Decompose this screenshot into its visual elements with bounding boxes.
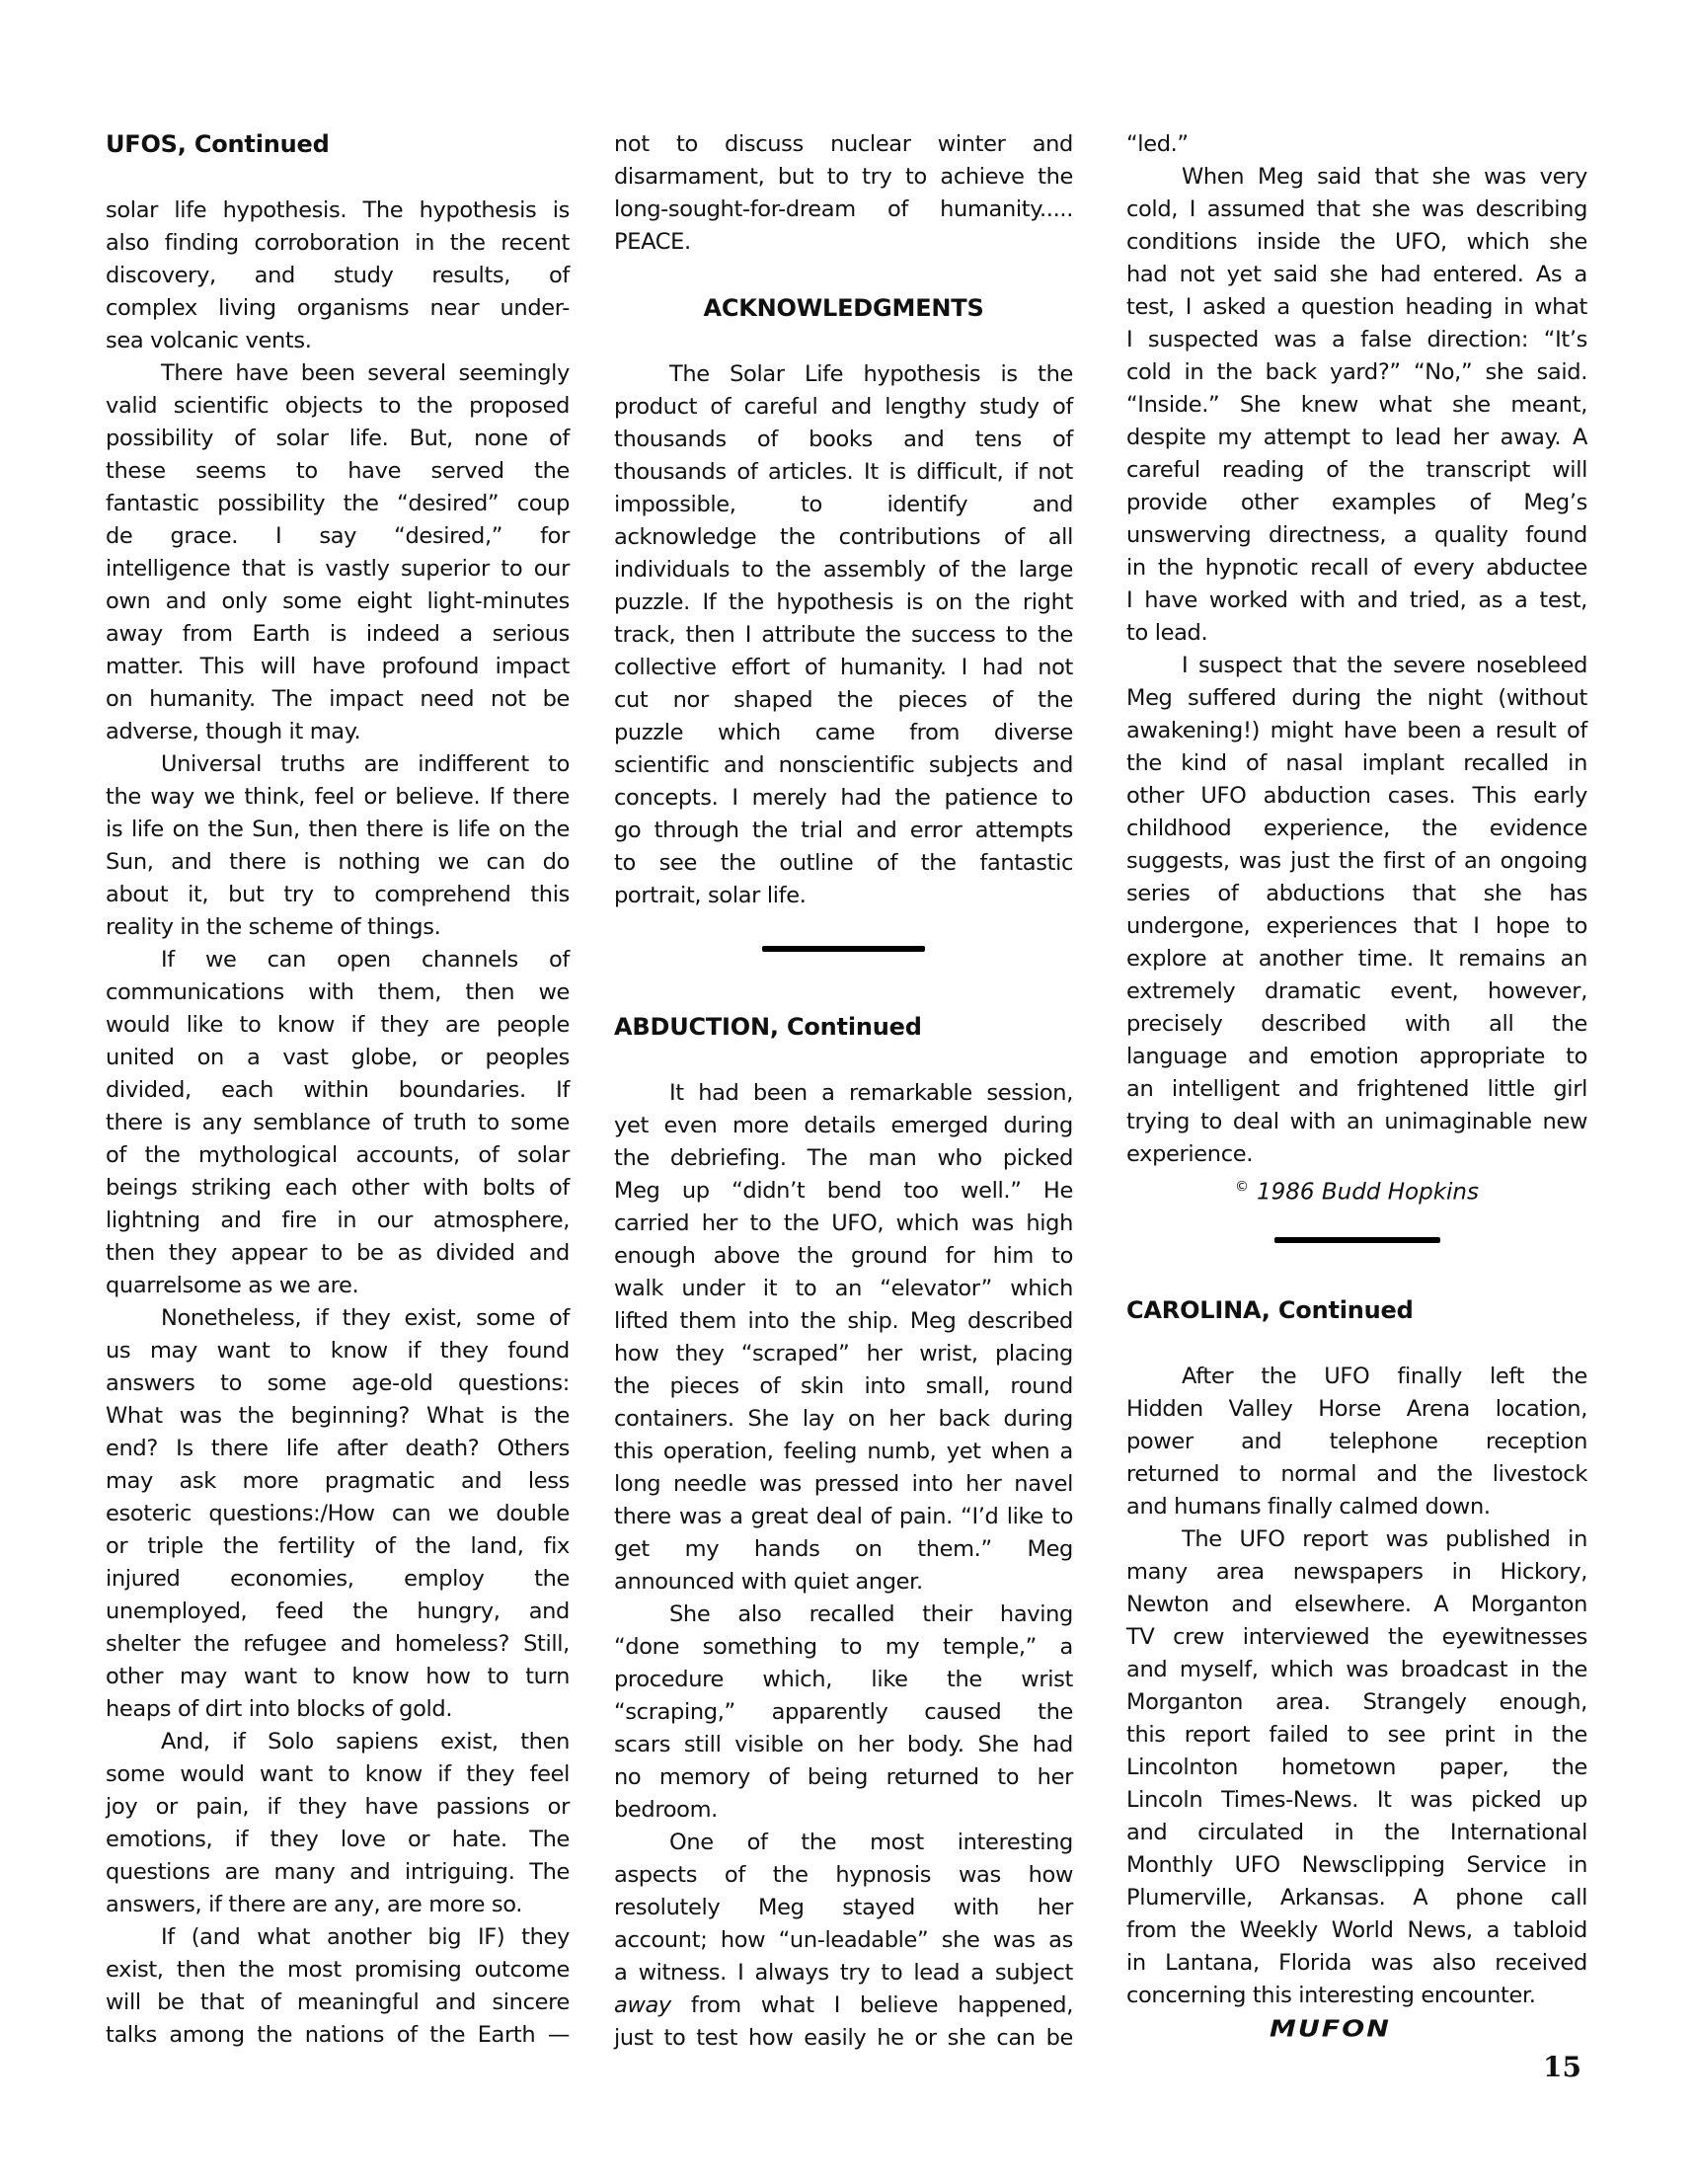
text-line: power and telephone reception [1126, 1426, 1587, 1458]
text-line: this operation, feeling numb, yet when a [614, 1436, 1073, 1468]
text-line: may ask more pragmatic and less [106, 1465, 570, 1498]
right-column: “led.”When Meg said that she was verycol… [1126, 128, 1587, 2012]
text-line: not to discuss nuclear winter and [614, 128, 1073, 161]
text-line: One of the most interesting [614, 1827, 1073, 1859]
text-line: injured economies, employ the [106, 1563, 570, 1596]
mufon-logo: MUFON [1270, 2016, 1391, 2042]
text-line: I suspect that the severe nosebleed [1126, 650, 1587, 682]
text-line: heaps of dirt into blocks of gold. [106, 1693, 570, 1726]
copyright-text: 1986 Budd Hopkins [1257, 1180, 1479, 1206]
text-line: away from what I believe happened, [614, 1989, 1073, 2022]
text-line: test, I asked a question heading in what [1126, 291, 1587, 324]
text-line: beings striking each other with bolts of [106, 1172, 570, 1205]
text-line: series of abductions that she has [1126, 878, 1587, 910]
text-line: joy or pain, if they have passions or [106, 1791, 570, 1824]
text-line: If (and what another big IF) they [106, 1921, 570, 1954]
text-line: talks among the nations of the Earth — [106, 2019, 570, 2052]
text-line: adverse, though it may. [106, 716, 570, 748]
text-line: aspects of the hypnosis was how [614, 1859, 1073, 1892]
text-line: “Inside.” She knew what she meant, [1126, 389, 1587, 422]
text-line: It had been a remarkable session, [614, 1077, 1073, 1110]
text-line: portrait, solar life. [614, 880, 1073, 912]
text-line: no memory of being returned to her [614, 1761, 1073, 1794]
text-line: matter. This will have profound impact [106, 651, 570, 683]
text-line: Universal truths are indifferent to [106, 748, 570, 781]
text-line: shelter the refugee and homeless? Still, [106, 1628, 570, 1661]
text-line: walk under it to an “elevator” which [614, 1273, 1073, 1305]
spacer [106, 161, 570, 195]
text-line: extremely dramatic event, however, [1126, 975, 1587, 1008]
text-line: from the Weekly World News, a tabloid [1126, 1914, 1587, 1947]
text-line: other may want to know how to turn [106, 1661, 570, 1693]
text-line: valid scientific objects to the proposed [106, 390, 570, 423]
text-line: esoteric questions:/How can we double [106, 1498, 570, 1530]
spacer [614, 952, 1073, 1011]
text-line: had not yet said she had entered. As a [1126, 259, 1587, 291]
text-line: away from Earth is indeed a serious [106, 618, 570, 651]
text-line: Lincolnton hometown paper, the [1126, 1752, 1587, 1784]
text-line: scars still visible on her body. She had [614, 1729, 1073, 1761]
text-line: in the hypnotic recall of every abductee [1126, 552, 1587, 585]
text-line: or triple the fertility of the land, fix [106, 1530, 570, 1563]
text-line: on humanity. The impact need not be [106, 683, 570, 716]
text-line: trying to deal with an unimaginable new [1126, 1106, 1587, 1138]
text-line: Sun, and there is nothing we can do [106, 846, 570, 879]
text-line: long needle was pressed into her navel [614, 1468, 1073, 1501]
text-line: puzzle which came from diverse [614, 717, 1073, 749]
text-line: complex living organisms near under- [106, 292, 570, 325]
emphasis-word: away [614, 1992, 671, 2018]
ufos-article-conclusion: not to discuss nuclear winter anddisarma… [614, 128, 1073, 259]
text-line: answers to some age-old questions: [106, 1367, 570, 1400]
text-line: Morganton area. Strangely enough, [1126, 1686, 1587, 1719]
text-line: childhood experience, the evidence [1126, 813, 1587, 845]
text-line: us may want to know if they found [106, 1335, 570, 1367]
spacer [1126, 1243, 1587, 1294]
text-line: to lead. [1126, 617, 1587, 650]
text-line: lifted them into the ship. Meg described [614, 1305, 1073, 1338]
text-line: intelligence that is vastly superior to … [106, 553, 570, 585]
copyright-credit: ©1986 Budd Hopkins [1126, 1171, 1587, 1204]
text-line: The UFO report was published in [1126, 1523, 1587, 1556]
text-line: product of careful and lengthy study of [614, 391, 1073, 424]
text-line: own and only some eight light-minutes [106, 585, 570, 618]
text-line: Monthly UFO Newsclipping Service in [1126, 1849, 1587, 1882]
left-column: UFOS, Continued solar life hypothesis. T… [106, 128, 570, 2052]
text-line: “led.” [1126, 128, 1587, 161]
text-line: a witness. I always try to lead a subjec… [614, 1957, 1073, 1989]
abduction-article-body: It had been a remarkable session,yet eve… [614, 1077, 1073, 2055]
text-line: communications with them, then we [106, 976, 570, 1009]
text-line: track, then I attribute the success to t… [614, 619, 1073, 652]
text-line: Lincoln Times-News. It was picked up [1126, 1784, 1587, 1817]
text-line: and humans finally calmed down. [1126, 1491, 1587, 1523]
text-line: would like to know if they are people [106, 1009, 570, 1042]
text-line: other UFO abduction cases. This early [1126, 780, 1587, 813]
middle-column: not to discuss nuclear winter anddisarma… [614, 128, 1073, 2055]
text-line: provide other examples of Meg’s [1126, 487, 1587, 519]
section-heading-abduction: ABDUCTION, Continued [614, 1011, 1073, 1044]
carolina-article-body: After the UFO finally left theHidden Val… [1126, 1361, 1587, 2012]
section-heading-acknowledgments: ACKNOWLEDGMENTS [614, 292, 1073, 325]
text-line: de grace. I say “desired,” for [106, 520, 570, 553]
text-line: precisely described with all the [1126, 1008, 1587, 1041]
text-line: end? Is there life after death? Others [106, 1433, 570, 1465]
text-line: discovery, and study results, of [106, 260, 570, 292]
text-line: reality in the scheme of things. [106, 911, 570, 944]
text-line: cut nor shaped the pieces of the [614, 684, 1073, 717]
section-heading-carolina: CAROLINA, Continued [1126, 1294, 1587, 1327]
text-line: experience. [1126, 1138, 1587, 1171]
text-line: emotions, if they love or hate. The [106, 1824, 570, 1856]
text-line: and myself, which was broadcast in the [1126, 1654, 1587, 1686]
text-line: TV crew interviewed the eyewitnesses [1126, 1621, 1587, 1654]
text-line: of the mythological accounts, of solar [106, 1139, 570, 1172]
copyright-symbol: © [1235, 1179, 1249, 1195]
text-line: scientific and nonscientific subjects an… [614, 749, 1073, 782]
text-line: containers. She lay on her back during [614, 1403, 1073, 1436]
text-line: concerning this interesting encounter. [1126, 1980, 1587, 2012]
text-line: unemployed, feed the hungry, and [106, 1596, 570, 1628]
text-line: go through the trial and error attempts [614, 815, 1073, 847]
text-line: impossible, to identify and [614, 489, 1073, 521]
page-number: 15 [1543, 2051, 1581, 2083]
text-line: I suspected was a false direction: “It’s [1126, 324, 1587, 356]
text-line: there was a great deal of pain. “I’d lik… [614, 1501, 1073, 1533]
text-line: She also recalled their having [614, 1599, 1073, 1631]
spacer [614, 259, 1073, 292]
text-line: Meg up “didn’t bend too well.” He [614, 1175, 1073, 1208]
text-line: What was the beginning? What is the [106, 1400, 570, 1433]
spacer [614, 1044, 1073, 1077]
abduction-article-continuation: “led.”When Meg said that she was verycol… [1126, 128, 1587, 1171]
spacer [1126, 1327, 1587, 1361]
text-line: cold, I assumed that she was describing [1126, 194, 1587, 226]
text-line: possibility of solar life. But, none of [106, 423, 570, 455]
text-line: also finding corroboration in the recent [106, 227, 570, 260]
text-line: Newton and elsewhere. A Morganton [1126, 1589, 1587, 1621]
section-heading-ufos: UFOS, Continued [106, 128, 570, 161]
spacer [1126, 1204, 1587, 1237]
text-line: concepts. I merely had the patience to [614, 782, 1073, 815]
text-line: Plumerville, Arkansas. A phone call [1126, 1882, 1587, 1914]
text-line-rest: from what I believe happened, [691, 1992, 1073, 2018]
text-line: careful reading of the transcript will [1126, 454, 1587, 487]
text-line: suggests, was just the first of an ongoi… [1126, 845, 1587, 878]
text-line: PEACE. [614, 226, 1073, 259]
text-line: carried her to the UFO, which was high [614, 1208, 1073, 1240]
text-line: just to test how easily he or she can be [614, 2022, 1073, 2055]
text-line: undergone, experiences that I hope to [1126, 910, 1587, 943]
text-line: “done something to my temple,” a [614, 1631, 1073, 1664]
text-line: quarrelsome as we are. [106, 1270, 570, 1302]
text-line: I have worked with and tried, as a test, [1126, 585, 1587, 617]
text-line: divided, each within boundaries. If [106, 1074, 570, 1107]
text-line: returned to normal and the livestock [1126, 1458, 1587, 1491]
text-line: yet even more details emerged during [614, 1110, 1073, 1142]
text-line: cold in the back yard?” “No,” she said. [1126, 356, 1587, 389]
text-line: explore at another time. It remains an [1126, 943, 1587, 975]
text-line: And, if Solo sapiens exist, then [106, 1726, 570, 1758]
text-line: the kind of nasal implant recalled in [1126, 747, 1587, 780]
text-line: acknowledge the contributions of all [614, 521, 1073, 554]
text-line: disarmament, but to try to achieve the [614, 161, 1073, 194]
text-line: fantastic possibility the “desired” coup [106, 488, 570, 520]
text-line: united on a vast globe, or peoples [106, 1042, 570, 1074]
text-line: to see the outline of the fantastic [614, 847, 1073, 880]
text-line: despite my attempt to lead her away. A [1126, 422, 1587, 454]
text-line: individuals to the assembly of the large [614, 554, 1073, 586]
text-line: If we can open channels of [106, 944, 570, 976]
acknowledgments-body: The Solar Life hypothesis is theproduct … [614, 358, 1073, 912]
text-line: the debriefing. The man who picked [614, 1142, 1073, 1175]
text-line: will be that of meaningful and sincere [106, 1987, 570, 2019]
text-line: There have been several seemingly [106, 357, 570, 390]
text-line: there is any semblance of truth to some [106, 1107, 570, 1139]
text-line: Hidden Valley Horse Arena location, [1126, 1393, 1587, 1426]
text-line: sea volcanic vents. [106, 325, 570, 357]
text-line: in Lantana, Florida was also received [1126, 1947, 1587, 1980]
text-line: and circulated in the International [1126, 1817, 1587, 1849]
text-line: then they appear to be as divided and [106, 1237, 570, 1270]
text-line: account; how “un-leadable” she was as [614, 1924, 1073, 1957]
text-line: procedure which, like the wrist [614, 1664, 1073, 1696]
text-line: lightning and fire in our atmosphere, [106, 1205, 570, 1237]
text-line: The Solar Life hypothesis is the [614, 358, 1073, 391]
spacer [614, 325, 1073, 358]
text-line: how they “scraped” her wrist, placing [614, 1338, 1073, 1370]
text-line: thousands of articles. It is difficult, … [614, 456, 1073, 489]
text-line: unswerving directness, a quality found [1126, 519, 1587, 552]
text-line: enough above the ground for him to [614, 1240, 1073, 1273]
text-line: some would want to know if they feel [106, 1758, 570, 1791]
text-line: collective effort of humanity. I had not [614, 652, 1073, 684]
text-line: Nonetheless, if they exist, some of [106, 1302, 570, 1335]
text-line: When Meg said that she was very [1126, 161, 1587, 194]
text-line: puzzle. If the hypothesis is on the righ… [614, 586, 1073, 619]
text-line: get my hands on them.” Meg [614, 1533, 1073, 1566]
text-line: announced with quiet anger. [614, 1566, 1073, 1599]
text-line: an intelligent and frightened little gir… [1126, 1073, 1587, 1106]
text-line: solar life hypothesis. The hypothesis is [106, 195, 570, 227]
text-line: resolutely Meg stayed with her [614, 1892, 1073, 1924]
text-line: language and emotion appropriate to [1126, 1041, 1587, 1073]
text-line: these seems to have served the [106, 455, 570, 488]
text-line: “scraping,” apparently caused the [614, 1696, 1073, 1729]
text-line: awakening!) might have been a result of [1126, 715, 1587, 747]
text-line: thousands of books and tens of [614, 424, 1073, 456]
text-line: the way we think, feel or believe. If th… [106, 781, 570, 814]
text-line: Meg suffered during the night (without [1126, 682, 1587, 715]
text-line: about it, but try to comprehend this [106, 879, 570, 911]
text-line: answers, if there are any, are more so. [106, 1889, 570, 1921]
text-line: After the UFO finally left the [1126, 1361, 1587, 1393]
text-line: bedroom. [614, 1794, 1073, 1827]
text-line: this report failed to see print in the [1126, 1719, 1587, 1752]
text-line: many area newspapers in Hickory, [1126, 1556, 1587, 1589]
spacer [614, 912, 1073, 946]
text-line: questions are many and intriguing. The [106, 1856, 570, 1889]
text-line: exist, then the most promising outcome [106, 1954, 570, 1987]
text-line: is life on the Sun, then there is life o… [106, 814, 570, 846]
text-line: the pieces of skin into small, round [614, 1370, 1073, 1403]
text-line: long-sought-for-dream of humanity..... [614, 194, 1073, 226]
ufos-article-body: solar life hypothesis. The hypothesis is… [106, 195, 570, 2052]
text-line: conditions inside the UFO, which she [1126, 226, 1587, 259]
